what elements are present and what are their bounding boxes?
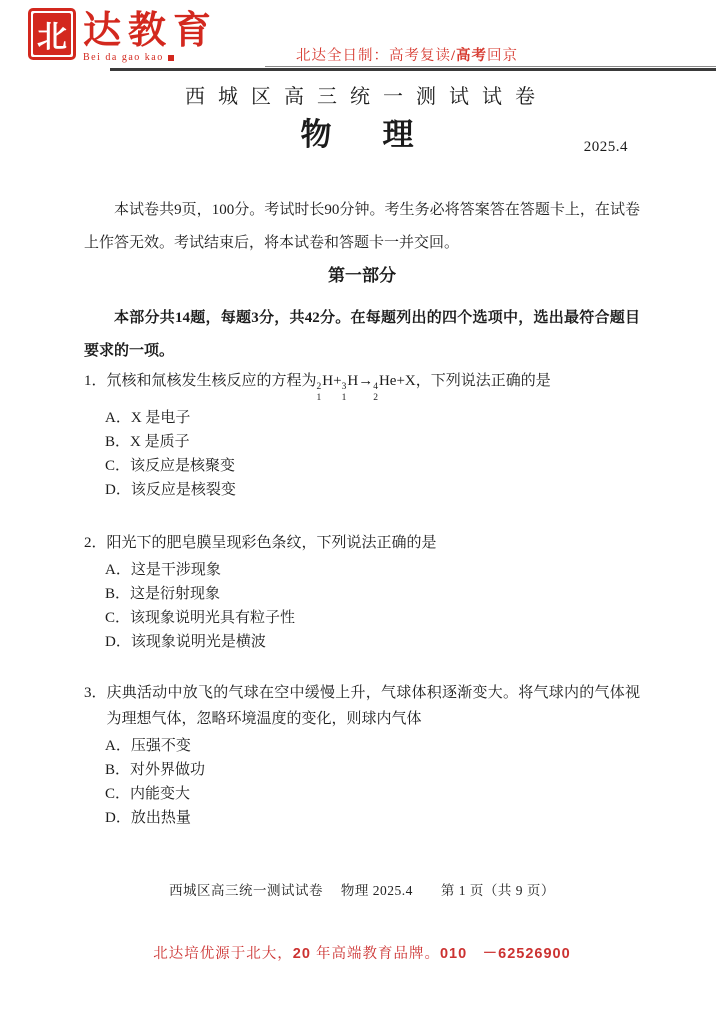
footer-promo: 北达培优源于北大，20 年高端教育品牌。010 －62526900: [0, 942, 724, 963]
header-rule: [110, 68, 716, 71]
question-2-number: 2．: [84, 530, 107, 556]
slogan-prefix: 北达全日制：高考复读: [296, 48, 451, 64]
question-1-options: A．X 是电子 B．X 是质子 C．该反应是核聚变 D．该反应是核裂变: [84, 406, 640, 502]
option-row: C．该现象说明光具有粒子性: [105, 606, 640, 630]
option-row: A．X 是电子: [105, 406, 640, 430]
slogan-bold: /高考: [451, 48, 487, 64]
exam-date: 2025.4: [584, 139, 628, 156]
nuclide-mass: 4: [373, 382, 378, 393]
nuclide-charge: 1: [342, 393, 347, 404]
option-text: 内能变大: [130, 786, 190, 802]
question-2-options: A．这是干涉现象 B．这是衍射现象 C．该现象说明光具有粒子性 D．该现象说明光…: [84, 558, 640, 654]
option-row: A．这是干涉现象: [105, 558, 640, 582]
option-label: B．: [105, 586, 130, 602]
option-row: A．压强不变: [105, 734, 640, 758]
option-row: B．对外界做功: [105, 758, 640, 782]
header-slogan: 北达全日制：高考复读/高考回京: [296, 47, 518, 65]
logo-brand-subtitle: Bei da gao kao: [83, 52, 218, 64]
nuclide-symbol: He: [379, 373, 397, 389]
nuclide-scripts: 21: [317, 382, 322, 404]
option-text: 该现象说明光具有粒子性: [130, 610, 295, 626]
option-row: C．该反应是核聚变: [105, 454, 640, 478]
option-row: B．这是衍射现象: [105, 582, 640, 606]
question-1-stem: 1． 氘核和氚核发生核反应的方程为21H+31H→42He+X，下列说法正确的是: [84, 368, 640, 404]
option-label: B．: [105, 434, 130, 450]
beida-logo: 北 达教育 Bei da gao kao: [28, 8, 218, 64]
plus-sign: +: [333, 373, 341, 389]
section-instruction: 本部分共14题，每题3分，共42分。在每题列出的四个选项中，选出最符合题目要求的…: [84, 302, 640, 368]
logo-brand-column: 达教育 Bei da gao kao: [83, 8, 218, 64]
equation-tail: +X: [396, 373, 415, 389]
option-row: B．X 是质子: [105, 430, 640, 454]
nuclear-equation: 21H+31H→42He+X: [317, 373, 416, 389]
reaction-arrow: →: [358, 373, 373, 389]
option-label: B．: [105, 762, 130, 778]
slogan-underline: [265, 66, 716, 67]
question-3-options: A．压强不变 B．对外界做功 C．内能变大 D．放出热量: [84, 734, 640, 830]
question-1: 1． 氘核和氚核发生核反应的方程为21H+31H→42He+X，下列说法正确的是…: [84, 368, 640, 502]
option-row: D．该反应是核裂变: [105, 478, 640, 502]
option-label: C．: [105, 786, 130, 802]
option-row: D．放出热量: [105, 806, 640, 830]
section-title: 第一部分: [0, 264, 724, 288]
option-label: C．: [105, 458, 130, 474]
question-3-stem: 3． 庆典活动中放飞的气球在空中缓慢上升，气球体积逐渐变大。将气球内的气体视为理…: [84, 680, 640, 732]
question-1-text: 氘核和氚核发生核反应的方程为21H+31H→42He+X，下列说法正确的是: [107, 368, 640, 404]
logo-brand-subtitle-text: Bei da gao kao: [83, 52, 164, 64]
option-row: C．内能变大: [105, 782, 640, 806]
promo-phone: 010 －62526900: [440, 946, 571, 962]
question-1-number: 1．: [84, 368, 107, 404]
question-2: 2． 阳光下的肥皂膜呈现彩色条纹，下列说法正确的是 A．这是干涉现象 B．这是衍…: [84, 530, 640, 654]
nuclide-charge: 2: [373, 393, 378, 404]
option-text: 对外界做功: [130, 762, 205, 778]
option-text: X 是质子: [130, 434, 190, 450]
option-label: D．: [105, 810, 131, 826]
red-square-icon: [168, 55, 174, 61]
footer-page-line: 西城区高三统一测试试卷 物理 2025.4 第 1 页（共 9 页）: [0, 879, 724, 899]
option-text: 压强不变: [131, 738, 191, 754]
nuclide-symbol: H: [347, 373, 358, 389]
exam-instructions: 本试卷共9页，100分。考试时长90分钟。考生务必将答案答在答题卡上，在试卷上作…: [84, 194, 640, 260]
promo-prefix: 北达培优源于北大，: [153, 946, 293, 962]
option-text: 放出热量: [131, 810, 191, 826]
slogan-suffix: 回京: [487, 48, 518, 64]
subject-title: 物 理: [301, 117, 424, 152]
subject-row: 物 理 2025.4: [0, 114, 724, 158]
option-text: 该反应是核裂变: [131, 482, 236, 498]
option-label: D．: [105, 634, 131, 650]
page-header: 北 达教育 Bei da gao kao 北达全日制：高考复读/高考回京: [0, 0, 724, 72]
question-3-number: 3．: [84, 680, 107, 732]
logo-seal-icon: 北: [28, 8, 76, 60]
nuclide-scripts: 42: [373, 382, 378, 404]
question-1-prefix: 氘核和氚核发生核反应的方程为: [107, 373, 317, 389]
option-label: D．: [105, 482, 131, 498]
option-row: D．该现象说明光是横波: [105, 630, 640, 654]
option-label: C．: [105, 610, 130, 626]
question-3: 3． 庆典活动中放飞的气球在空中缓慢上升，气球体积逐渐变大。将气球内的气体视为理…: [84, 680, 640, 830]
option-label: A．: [105, 410, 131, 426]
question-2-stem: 2． 阳光下的肥皂膜呈现彩色条纹，下列说法正确的是: [84, 530, 640, 556]
option-text: 这是衍射现象: [130, 586, 220, 602]
nuclide-mass: 3: [342, 382, 347, 393]
promo-years: 20: [293, 946, 311, 962]
question-3-text: 庆典活动中放飞的气球在空中缓慢上升，气球体积逐渐变大。将气球内的气体视为理想气体…: [107, 680, 640, 732]
option-label: A．: [105, 562, 131, 578]
exam-page: 北 达教育 Bei da gao kao 北达全日制：高考复读/高考回京 西 城…: [0, 0, 724, 1024]
nuclide-charge: 1: [317, 393, 322, 404]
question-2-text: 阳光下的肥皂膜呈现彩色条纹，下列说法正确的是: [107, 530, 640, 556]
logo-seal-character: 北: [33, 13, 71, 55]
option-text: 这是干涉现象: [131, 562, 221, 578]
promo-mid: 年高端教育品牌。: [311, 946, 440, 962]
logo-brand-text: 达教育: [83, 10, 218, 52]
nuclide-symbol: H: [322, 373, 333, 389]
option-text: X 是电子: [131, 410, 191, 426]
exam-title: 西 城 区 高 三 统 一 测 试 试 卷: [0, 84, 724, 110]
option-text: 该反应是核聚变: [130, 458, 235, 474]
nuclide-mass: 2: [317, 382, 322, 393]
option-text: 该现象说明光是横波: [131, 634, 266, 650]
option-label: A．: [105, 738, 131, 754]
nuclide-scripts: 31: [342, 382, 347, 404]
question-1-suffix: ，下列说法正确的是: [416, 373, 551, 389]
